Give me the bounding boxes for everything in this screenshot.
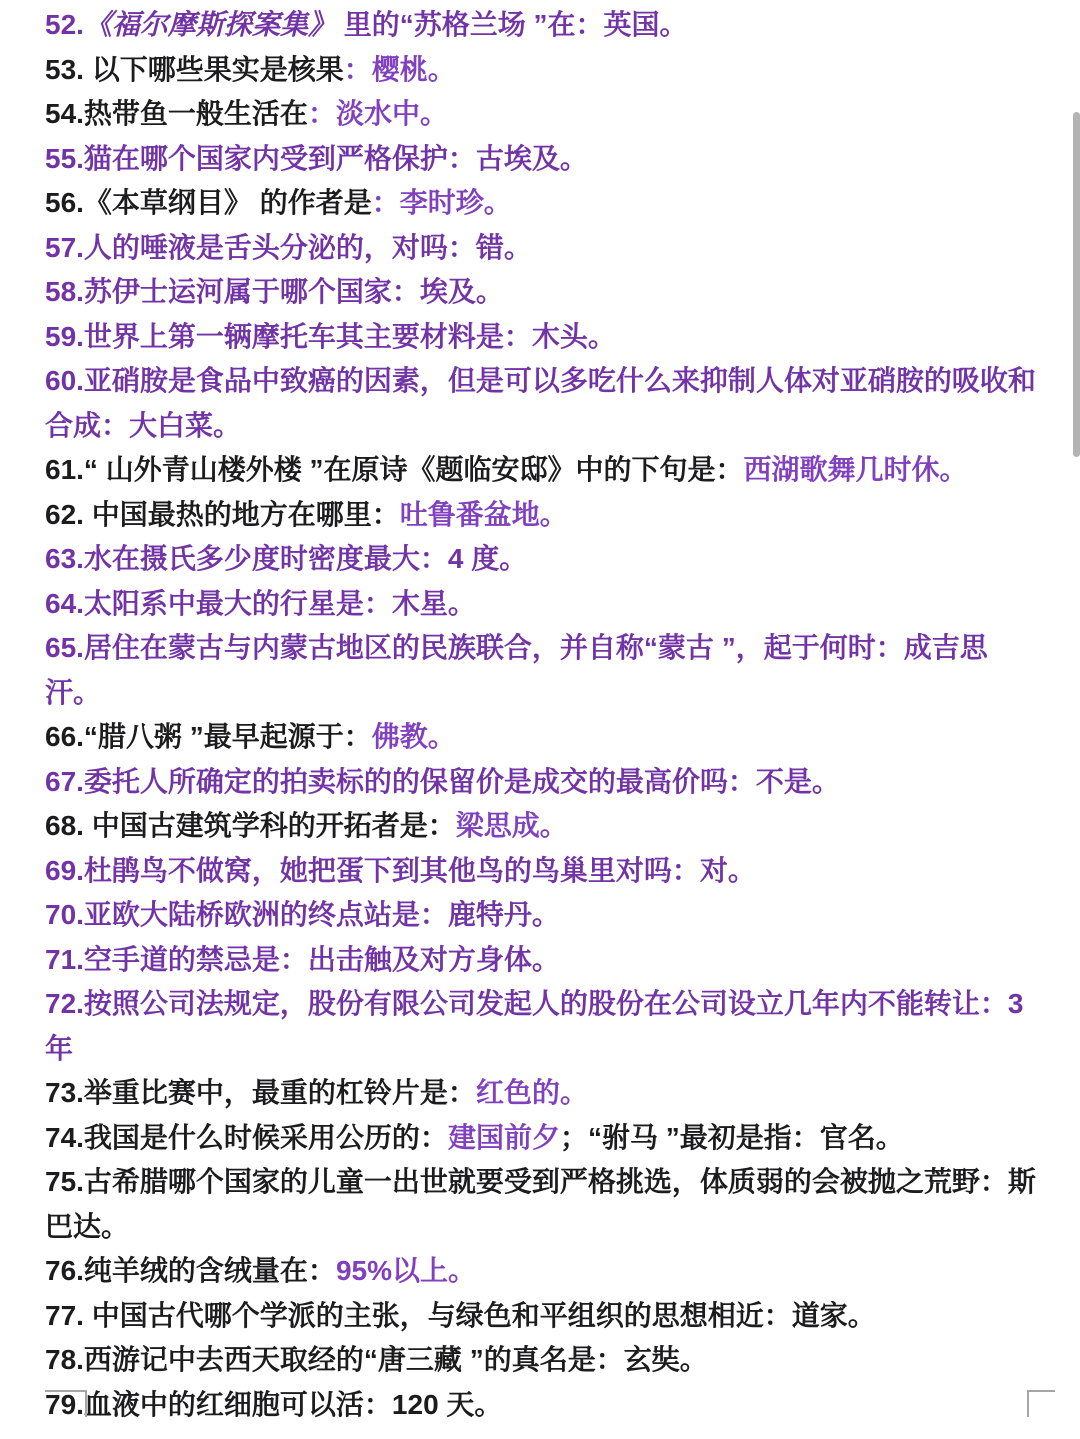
quiz-item-64: 64.太阳系中最大的行星是：木星。 — [45, 582, 1037, 627]
page-corner-mark-right — [1027, 1390, 1055, 1417]
item-text: 72.按照公司法规定，股份有限公司发起人的股份在公司设立几年内不能转让：3年 — [45, 988, 1024, 1064]
item-text: 《福尔摩斯探案集》 — [84, 9, 336, 40]
item-text: 58.苏伊士运河属于哪个国家：埃及。 — [45, 276, 504, 307]
page-corner-mark-left — [45, 1390, 87, 1417]
answer-text: 建国前夕 — [448, 1122, 560, 1153]
item-text: 73.举重比赛中，最重的杠铃片是： — [45, 1077, 476, 1108]
quiz-item-73: 73.举重比赛中，最重的杠铃片是：红色的。 — [45, 1071, 1037, 1116]
item-text: 66.“腊八粥 ”最早起源于： — [45, 721, 372, 752]
item-text: 68. 中国古建筑学科的开拓者是： — [45, 810, 456, 841]
quiz-item-57: 57.人的唾液是舌头分泌的，对吗：错。 — [45, 226, 1037, 271]
item-text: 61.“ 山外青山楼外楼 ”在原诗《题临安邸》中的下句是： — [45, 454, 744, 485]
item-text: 67.委托人所确定的拍卖标的的保留价是成交的最高价吗：不是。 — [45, 766, 840, 797]
quiz-item-65: 65.居住在蒙古与内蒙古地区的民族联合，并自称“蒙古 ”，起于何时：成吉思汗。 — [45, 626, 1037, 715]
quiz-item-58: 58.苏伊士运河属于哪个国家：埃及。 — [45, 270, 1037, 315]
item-text: 里的“苏格兰场 ”在：英国。 — [336, 9, 688, 40]
item-text: 54.热带鱼一般生活在 — [45, 98, 308, 129]
quiz-item-72: 72.按照公司法规定，股份有限公司发起人的股份在公司设立几年内不能转让：3年 — [45, 982, 1037, 1071]
item-text: 52. — [45, 9, 84, 40]
quiz-item-79: 79.血液中的红细胞可以活：120 天。 — [45, 1383, 1037, 1428]
answer-text: 95%以上。 — [336, 1255, 476, 1286]
item-text: 63.水在摄氏多少度时密度最大：4 度。 — [45, 543, 527, 574]
quiz-item-53: 53. 以下哪些果实是核果：樱桃。 — [45, 48, 1037, 93]
item-text: 77. 中国古代哪个学派的主张，与绿色和平组织的思想相近：道家。 — [45, 1300, 876, 1331]
scrollbar-thumb[interactable] — [1073, 112, 1080, 457]
quiz-item-74: 74.我国是什么时候采用公历的：建国前夕；“驸马 ”最初是指：官名。 — [45, 1116, 1037, 1161]
item-text: 69.杜鹃鸟不做窝，她把蛋下到其他鸟的鸟巢里对吗：对。 — [45, 855, 756, 886]
quiz-item-55: 55.猫在哪个国家内受到严格保护：古埃及。 — [45, 137, 1037, 182]
item-text: 79.血液中的红细胞可以活：120 天。 — [45, 1389, 502, 1420]
quiz-item-69: 69.杜鹃鸟不做窝，她把蛋下到其他鸟的鸟巢里对吗：对。 — [45, 849, 1037, 894]
answer-text: 佛教。 — [372, 721, 456, 752]
answer-text: ：樱桃。 — [344, 54, 456, 85]
item-text: ；“驸马 ”最初是指：官名。 — [560, 1122, 904, 1153]
answer-text: ：李时珍。 — [372, 187, 512, 218]
quiz-item-76: 76.纯羊绒的含绒量在：95%以上。 — [45, 1249, 1037, 1294]
item-text: 70.亚欧大陆桥欧洲的终点站是：鹿特丹。 — [45, 899, 560, 930]
quiz-item-75: 75.古希腊哪个国家的儿童一出世就要受到严格挑选，体质弱的会被抛之荒野：斯巴达。 — [45, 1160, 1037, 1249]
quiz-item-52: 52.《福尔摩斯探案集》 里的“苏格兰场 ”在：英国。 — [45, 3, 1037, 48]
quiz-item-71: 71.空手道的禁忌是：出击触及对方身体。 — [45, 938, 1037, 983]
quiz-item-78: 78.西游记中去西天取经的“唐三藏 ”的真名是：玄奘。 — [45, 1338, 1037, 1383]
item-text: 71.空手道的禁忌是：出击触及对方身体。 — [45, 944, 560, 975]
item-text: 53. 以下哪些果实是核果 — [45, 54, 344, 85]
quiz-item-77: 77. 中国古代哪个学派的主张，与绿色和平组织的思想相近：道家。 — [45, 1294, 1037, 1339]
item-text: 74.我国是什么时候采用公历的： — [45, 1122, 448, 1153]
item-text: 56.《本草纲目》 的作者是 — [45, 187, 372, 218]
item-text: 76.纯羊绒的含绒量在： — [45, 1255, 336, 1286]
item-text: 62. 中国最热的地方在哪里： — [45, 499, 400, 530]
quiz-item-70: 70.亚欧大陆桥欧洲的终点站是：鹿特丹。 — [45, 893, 1037, 938]
item-text: 55.猫在哪个国家内受到严格保护：古埃及。 — [45, 143, 588, 174]
answer-text: 梁思成。 — [456, 810, 568, 841]
item-text: 64.太阳系中最大的行星是：木星。 — [45, 588, 476, 619]
quiz-item-62: 62. 中国最热的地方在哪里：吐鲁番盆地。 — [45, 493, 1037, 538]
item-text: 59.世界上第一辆摩托车其主要材料是：木头。 — [45, 321, 616, 352]
answer-text: 红色的。 — [476, 1077, 588, 1108]
quiz-item-59: 59.世界上第一辆摩托车其主要材料是：木头。 — [45, 315, 1037, 360]
item-text: 65.居住在蒙古与内蒙古地区的民族联合，并自称“蒙古 ”，起于何时：成吉思汗。 — [45, 632, 988, 708]
item-text: 60.亚硝胺是食品中致癌的因素，但是可以多吃什么来抑制人体对亚硝胺的吸收和合成：… — [45, 365, 1036, 441]
quiz-item-54: 54.热带鱼一般生活在：淡水中。 — [45, 92, 1037, 137]
quiz-item-67: 67.委托人所确定的拍卖标的的保留价是成交的最高价吗：不是。 — [45, 760, 1037, 805]
quiz-item-60: 60.亚硝胺是食品中致癌的因素，但是可以多吃什么来抑制人体对亚硝胺的吸收和合成：… — [45, 359, 1037, 448]
quiz-item-68: 68. 中国古建筑学科的开拓者是：梁思成。 — [45, 804, 1037, 849]
quiz-item-56: 56.《本草纲目》 的作者是：李时珍。 — [45, 181, 1037, 226]
answer-text: 吐鲁番盆地。 — [400, 499, 568, 530]
quiz-item-63: 63.水在摄氏多少度时密度最大：4 度。 — [45, 537, 1037, 582]
answer-text: ：淡水中。 — [308, 98, 448, 129]
item-text: 78.西游记中去西天取经的“唐三藏 ”的真名是：玄奘。 — [45, 1344, 708, 1375]
quiz-item-66: 66.“腊八粥 ”最早起源于：佛教。 — [45, 715, 1037, 760]
item-text: 57.人的唾液是舌头分泌的，对吗：错。 — [45, 232, 532, 263]
quiz-item-61: 61.“ 山外青山楼外楼 ”在原诗《题临安邸》中的下句是：西湖歌舞几时休。 — [45, 448, 1037, 493]
quiz-answer-list: 52.《福尔摩斯探案集》 里的“苏格兰场 ”在：英国。53. 以下哪些果实是核果… — [45, 0, 1037, 1427]
answer-text: 西湖歌舞几时休。 — [744, 454, 968, 485]
item-text: 75.古希腊哪个国家的儿童一出世就要受到严格挑选，体质弱的会被抛之荒野：斯巴达。 — [45, 1166, 1036, 1242]
